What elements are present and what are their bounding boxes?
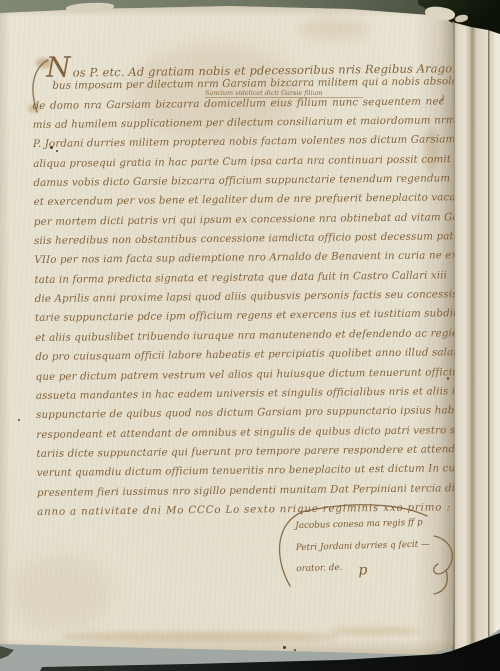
- paper-stain: [10, 555, 110, 630]
- paper-stain: [60, 632, 340, 642]
- signature-line: orator. de.: [296, 555, 457, 581]
- facing-page-edge-outer: [488, 0, 500, 671]
- text-block: Nos P. etc. Ad gratiam nobis et pdecesso…: [32, 53, 449, 522]
- photo-backdrop: Nos P. etc. Ad gratiam nobis et pdecesso…: [0, 0, 500, 671]
- page-edge-shade-left: [0, 0, 10, 671]
- ink-speck: [283, 646, 286, 649]
- ink-speck: [294, 649, 296, 651]
- paper-stain: [330, 627, 420, 635]
- interlinear-addition: Sancium videlicet dicti Garsie filium: [205, 90, 363, 98]
- signature-paraph: p: [358, 562, 367, 578]
- bottom-shadow-band: [40, 652, 500, 671]
- corner-shadow: [0, 644, 18, 661]
- manuscript-page: Nos P. etc. Ad gratiam nobis et pdecesso…: [0, 0, 500, 671]
- signature-block: Jacobus conesa ma regis ff p Petri Jorda…: [295, 512, 457, 596]
- ink-speck: [18, 419, 20, 421]
- paper-stain: [300, 18, 370, 40]
- facing-page-edge: [452, 0, 488, 671]
